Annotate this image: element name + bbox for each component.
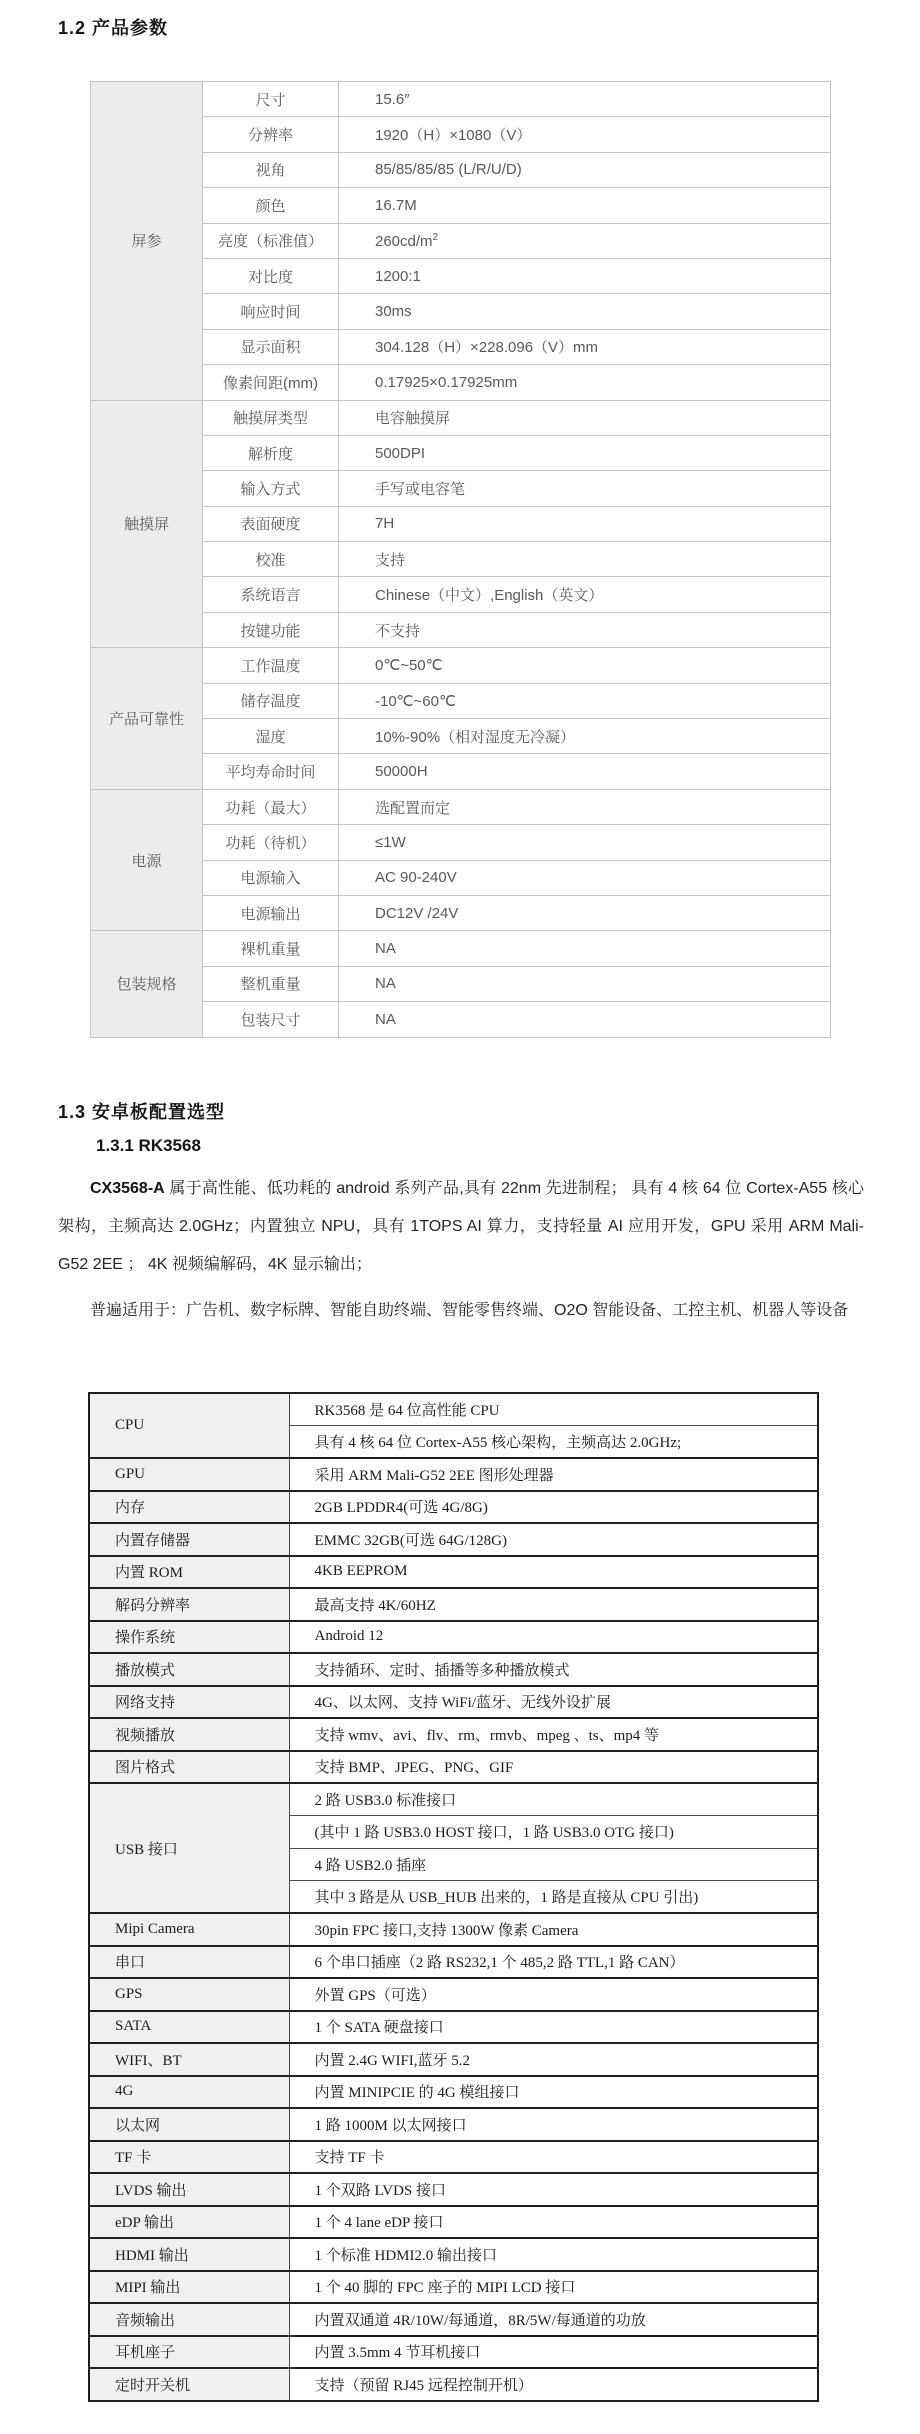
param-label-cell: 校准 bbox=[203, 542, 339, 577]
spec-document-page: 1.2 产品参数 屏参尺寸15.6″分辨率1920（H）×1080（V）视角85… bbox=[0, 0, 920, 2434]
param-label-cell: 包装尺寸 bbox=[203, 1002, 339, 1037]
spec-label-cell: TF 卡 bbox=[89, 2141, 289, 2174]
param-value-cell: 260cd/m2 bbox=[339, 223, 831, 258]
table-row: Mipi Camera30pin FPC 接口,支持 1300W 像素 Came… bbox=[89, 1913, 818, 1946]
table-row: 以太网1 路 1000M 以太网接口 bbox=[89, 2108, 818, 2141]
param-value-cell: 85/85/85/85 (L/R/U/D) bbox=[339, 152, 831, 187]
description-text: 属于高性能、低功耗的 android 系列产品,具有 22nm 先进制程； 具有… bbox=[58, 1180, 864, 1273]
param-label-cell: 电源输出 bbox=[203, 895, 339, 930]
spec-label-cell: 内置存储器 bbox=[89, 1523, 289, 1556]
spec-value-cell: 2GB LPDDR4(可选 4G/8G) bbox=[289, 1491, 818, 1524]
section-1-3-1-heading: 1.3.1 RK3568 bbox=[96, 1136, 201, 1156]
table-row: 解码分辨率最高支持 4K/60HZ bbox=[89, 1588, 818, 1621]
table-row: SATA1 个 SATA 硬盘接口 bbox=[89, 2011, 818, 2044]
table-row: 视频播放支持 wmv、avi、flv、rm、rmvb、mpeg 、ts、mp4 … bbox=[89, 1718, 818, 1751]
spec-label-cell: 播放模式 bbox=[89, 1653, 289, 1686]
spec-value-cell: EMMC 32GB(可选 64G/128G) bbox=[289, 1523, 818, 1556]
spec-value-cell: 6 个串口插座（2 路 RS232,1 个 485,2 路 TTL,1 路 CA… bbox=[289, 1946, 818, 1979]
spec-value-cell: 内置 3.5mm 4 节耳机接口 bbox=[289, 2336, 818, 2369]
spec-value-cell: 具有 4 核 64 位 Cortex-A55 核心架构，主频高达 2.0GHz; bbox=[289, 1426, 818, 1459]
param-value-cell: 0℃~50℃ bbox=[339, 648, 831, 683]
param-value-cell: 30ms bbox=[339, 294, 831, 329]
param-value-cell: NA bbox=[339, 1002, 831, 1037]
spec-value-cell: 1 个 40 脚的 FPC 座子的 MIPI LCD 接口 bbox=[289, 2271, 818, 2304]
spec-label-cell: 串口 bbox=[89, 1946, 289, 1979]
param-value-cell: 304.128（H）×228.096（V）mm bbox=[339, 329, 831, 364]
spec-label-cell: GPU bbox=[89, 1458, 289, 1491]
table-row: 音频输出内置双通道 4R/10W/每通道，8R/5W/每通道的功放 bbox=[89, 2303, 818, 2336]
table-row: 触摸屏触摸屏类型电容触摸屏 bbox=[91, 400, 831, 435]
spec-value-cell: 其中 3 路是从 USB_HUB 出来的，1 路是直接从 CPU 引出) bbox=[289, 1881, 818, 1914]
table-row: 包装规格裸机重量NA bbox=[91, 931, 831, 966]
spec-value-cell: 30pin FPC 接口,支持 1300W 像素 Camera bbox=[289, 1913, 818, 1946]
param-label-cell: 系统语言 bbox=[203, 577, 339, 612]
product-params-table: 屏参尺寸15.6″分辨率1920（H）×1080（V）视角85/85/85/85… bbox=[90, 81, 831, 1038]
param-label-cell: 视角 bbox=[203, 152, 339, 187]
table-row: CPURK3568 是 64 位高性能 CPU bbox=[89, 1393, 818, 1426]
spec-label-cell: CPU bbox=[89, 1393, 289, 1458]
spec-label-cell: SATA bbox=[89, 2011, 289, 2044]
table-row: 内置存储器EMMC 32GB(可选 64G/128G) bbox=[89, 1523, 818, 1556]
table-row: 操作系统Android 12 bbox=[89, 1621, 818, 1654]
spec-label-cell: 4G bbox=[89, 2076, 289, 2109]
spec-label-cell: 解码分辨率 bbox=[89, 1588, 289, 1621]
table-row: 网络支持4G、以太网、支持 WiFi/蓝牙、无线外设扩展 bbox=[89, 1686, 818, 1719]
category-cell: 产品可靠性 bbox=[91, 648, 203, 790]
param-label-cell: 储存温度 bbox=[203, 683, 339, 718]
spec-value-cell: RK3568 是 64 位高性能 CPU bbox=[289, 1393, 818, 1426]
spec-value-cell: 支持 TF 卡 bbox=[289, 2141, 818, 2174]
param-label-cell: 按键功能 bbox=[203, 612, 339, 647]
table-row: 内存2GB LPDDR4(可选 4G/8G) bbox=[89, 1491, 818, 1524]
param-label-cell: 亮度（标准值） bbox=[203, 223, 339, 258]
param-value-cell: 支持 bbox=[339, 542, 831, 577]
param-label-cell: 裸机重量 bbox=[203, 931, 339, 966]
param-label-cell: 颜色 bbox=[203, 188, 339, 223]
param-label-cell: 输入方式 bbox=[203, 471, 339, 506]
superscript-2: 2 bbox=[433, 232, 439, 243]
table-row: WIFI、BT内置 2.4G WIFI,蓝牙 5.2 bbox=[89, 2043, 818, 2076]
param-label-cell: 功耗（最大） bbox=[203, 789, 339, 824]
category-cell: 触摸屏 bbox=[91, 400, 203, 648]
spec-label-cell: GPS bbox=[89, 1978, 289, 2011]
table-row: 4G内置 MINIPCIE 的 4G 模组接口 bbox=[89, 2076, 818, 2109]
rk3568-applications-paragraph: 普遍适用于：广告机、数字标牌、智能自助终端、智能零售终端、O2O 智能设备、工控… bbox=[58, 1292, 864, 1330]
param-value-cell: 500DPI bbox=[339, 435, 831, 470]
spec-value-cell: 内置 MINIPCIE 的 4G 模组接口 bbox=[289, 2076, 818, 2109]
spec-label-cell: 操作系统 bbox=[89, 1621, 289, 1654]
spec-value-cell: 4G、以太网、支持 WiFi/蓝牙、无线外设扩展 bbox=[289, 1686, 818, 1719]
table-row: 串口6 个串口插座（2 路 RS232,1 个 485,2 路 TTL,1 路 … bbox=[89, 1946, 818, 1979]
param-value-cell: 16.7M bbox=[339, 188, 831, 223]
spec-value-cell: Android 12 bbox=[289, 1621, 818, 1654]
param-value-cell: -10℃~60℃ bbox=[339, 683, 831, 718]
rk3568-config-table: CPURK3568 是 64 位高性能 CPU具有 4 核 64 位 Corte… bbox=[88, 1392, 819, 2402]
table-row: GPS外置 GPS（可选） bbox=[89, 1978, 818, 2011]
param-value-cell: 7H bbox=[339, 506, 831, 541]
spec-value-cell: 内置双通道 4R/10W/每通道，8R/5W/每通道的功放 bbox=[289, 2303, 818, 2336]
spec-value-cell: (其中 1 路 USB3.0 HOST 接口，1 路 USB3.0 OTG 接口… bbox=[289, 1816, 818, 1849]
param-label-cell: 功耗（待机） bbox=[203, 825, 339, 860]
table-row: HDMI 输出1 个标准 HDMI2.0 输出接口 bbox=[89, 2238, 818, 2271]
param-label-cell: 像素间距(mm) bbox=[203, 365, 339, 400]
spec-value-cell: 1 个双路 LVDS 接口 bbox=[289, 2173, 818, 2206]
spec-label-cell: 内置 ROM bbox=[89, 1556, 289, 1589]
table-row: GPU采用 ARM Mali-G52 2EE 图形处理器 bbox=[89, 1458, 818, 1491]
spec-label-cell: 网络支持 bbox=[89, 1686, 289, 1719]
spec-label-cell: USB 接口 bbox=[89, 1783, 289, 1913]
category-cell: 电源 bbox=[91, 789, 203, 931]
param-label-cell: 湿度 bbox=[203, 719, 339, 754]
param-label-cell: 显示面积 bbox=[203, 329, 339, 364]
spec-value-cell: 支持 wmv、avi、flv、rm、rmvb、mpeg 、ts、mp4 等 bbox=[289, 1718, 818, 1751]
param-label-cell: 触摸屏类型 bbox=[203, 400, 339, 435]
spec-label-cell: 视频播放 bbox=[89, 1718, 289, 1751]
spec-value-cell: 1 个 4 lane eDP 接口 bbox=[289, 2206, 818, 2239]
param-value-cell: 选配置而定 bbox=[339, 789, 831, 824]
param-label-cell: 尺寸 bbox=[203, 82, 339, 117]
spec-value-cell: 支持循环、定时、插播等多种播放模式 bbox=[289, 1653, 818, 1686]
param-value-cell: 1920（H）×1080（V） bbox=[339, 117, 831, 152]
spec-label-cell: 图片格式 bbox=[89, 1751, 289, 1784]
param-label-cell: 整机重量 bbox=[203, 966, 339, 1001]
spec-label-cell: WIFI、BT bbox=[89, 2043, 289, 2076]
category-cell: 屏参 bbox=[91, 82, 203, 401]
table-row: TF 卡支持 TF 卡 bbox=[89, 2141, 818, 2174]
param-label-cell: 分辨率 bbox=[203, 117, 339, 152]
param-label-cell: 响应时间 bbox=[203, 294, 339, 329]
category-cell: 包装规格 bbox=[91, 931, 203, 1037]
spec-value-cell: 支持（预留 RJ45 远程控制开机） bbox=[289, 2368, 818, 2401]
param-value-cell: 手写或电容笔 bbox=[339, 471, 831, 506]
spec-label-cell: Mipi Camera bbox=[89, 1913, 289, 1946]
table-row: 内置 ROM4KB EEPROM bbox=[89, 1556, 818, 1589]
section-1-3-heading: 1.3 安卓板配置选型 bbox=[58, 1098, 225, 1124]
param-value-cell: AC 90-240V bbox=[339, 860, 831, 895]
param-value-cell: 不支持 bbox=[339, 612, 831, 647]
param-label-cell: 平均寿命时间 bbox=[203, 754, 339, 789]
spec-label-cell: 音频输出 bbox=[89, 2303, 289, 2336]
table-row: 产品可靠性工作温度0℃~50℃ bbox=[91, 648, 831, 683]
spec-value-cell: 支持 BMP、JPEG、PNG、GIF bbox=[289, 1751, 818, 1784]
param-value-cell: 0.17925×0.17925mm bbox=[339, 365, 831, 400]
table-row: LVDS 输出1 个双路 LVDS 接口 bbox=[89, 2173, 818, 2206]
spec-label-cell: HDMI 输出 bbox=[89, 2238, 289, 2271]
param-value-cell: 10%-90%（相对湿度无冷凝） bbox=[339, 719, 831, 754]
spec-value-cell: 1 个标准 HDMI2.0 输出接口 bbox=[289, 2238, 818, 2271]
spec-value-cell: 1 路 1000M 以太网接口 bbox=[289, 2108, 818, 2141]
param-value-cell: 15.6″ bbox=[339, 82, 831, 117]
param-value-cell: 1200:1 bbox=[339, 258, 831, 293]
param-value-cell: NA bbox=[339, 931, 831, 966]
table-row: MIPI 输出1 个 40 脚的 FPC 座子的 MIPI LCD 接口 bbox=[89, 2271, 818, 2304]
spec-label-cell: 以太网 bbox=[89, 2108, 289, 2141]
param-value-cell: 电容触摸屏 bbox=[339, 400, 831, 435]
table-row: 播放模式支持循环、定时、插播等多种播放模式 bbox=[89, 1653, 818, 1686]
product-params-table-body: 屏参尺寸15.6″分辨率1920（H）×1080（V）视角85/85/85/85… bbox=[91, 82, 831, 1038]
spec-value-cell: 采用 ARM Mali-G52 2EE 图形处理器 bbox=[289, 1458, 818, 1491]
rk3568-description-paragraph: CX3568-A 属于高性能、低功耗的 android 系列产品,具有 22nm… bbox=[58, 1170, 864, 1284]
param-value-cell: 50000H bbox=[339, 754, 831, 789]
table-row: 屏参尺寸15.6″ bbox=[91, 82, 831, 117]
table-row: eDP 输出1 个 4 lane eDP 接口 bbox=[89, 2206, 818, 2239]
spec-label-cell: 内存 bbox=[89, 1491, 289, 1524]
spec-value-cell: 1 个 SATA 硬盘接口 bbox=[289, 2011, 818, 2044]
spec-value-cell: 最高支持 4K/60HZ bbox=[289, 1588, 818, 1621]
rk3568-config-table-body: CPURK3568 是 64 位高性能 CPU具有 4 核 64 位 Corte… bbox=[89, 1393, 818, 2401]
spec-value-cell: 4 路 USB2.0 插座 bbox=[289, 1848, 818, 1881]
spec-label-cell: eDP 输出 bbox=[89, 2206, 289, 2239]
param-value-cell: ≤1W bbox=[339, 825, 831, 860]
param-label-cell: 解析度 bbox=[203, 435, 339, 470]
param-label-cell: 对比度 bbox=[203, 258, 339, 293]
param-value-cell: DC12V /24V bbox=[339, 895, 831, 930]
table-row: 电源功耗（最大）选配置而定 bbox=[91, 789, 831, 824]
spec-value-cell: 2 路 USB3.0 标准接口 bbox=[289, 1783, 818, 1816]
spec-label-cell: LVDS 输出 bbox=[89, 2173, 289, 2206]
spec-label-cell: 定时开关机 bbox=[89, 2368, 289, 2401]
param-label-cell: 表面硬度 bbox=[203, 506, 339, 541]
section-1-2-heading: 1.2 产品参数 bbox=[58, 14, 168, 40]
table-row: 定时开关机支持（预留 RJ45 远程控制开机） bbox=[89, 2368, 818, 2401]
table-row: 图片格式支持 BMP、JPEG、PNG、GIF bbox=[89, 1751, 818, 1784]
spec-value-cell: 4KB EEPROM bbox=[289, 1556, 818, 1589]
table-row: 耳机座子内置 3.5mm 4 节耳机接口 bbox=[89, 2336, 818, 2369]
spec-label-cell: 耳机座子 bbox=[89, 2336, 289, 2369]
param-value-cell: NA bbox=[339, 966, 831, 1001]
param-label-cell: 电源输入 bbox=[203, 860, 339, 895]
spec-value-cell: 内置 2.4G WIFI,蓝牙 5.2 bbox=[289, 2043, 818, 2076]
param-label-cell: 工作温度 bbox=[203, 648, 339, 683]
model-name-text: CX3568-A bbox=[90, 1180, 165, 1197]
param-value-cell: Chinese（中文）,English（英文） bbox=[339, 577, 831, 612]
table-row: USB 接口2 路 USB3.0 标准接口 bbox=[89, 1783, 818, 1816]
spec-value-cell: 外置 GPS（可选） bbox=[289, 1978, 818, 2011]
spec-label-cell: MIPI 输出 bbox=[89, 2271, 289, 2304]
